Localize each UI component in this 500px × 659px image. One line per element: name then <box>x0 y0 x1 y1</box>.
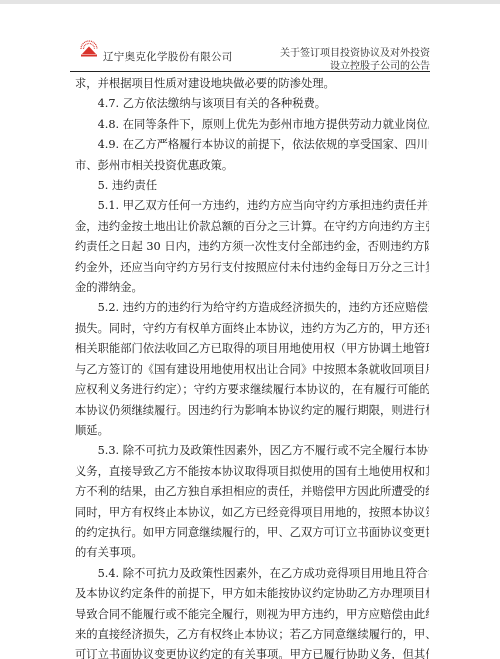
header-rule <box>70 71 430 72</box>
text-line: 本协议仍须继续履行。因违约行为影响本协议约定的履行期限，则进行相应调整、 <box>75 401 429 421</box>
text-line: 4.7. 乙方依法缴纳与该项目有关的各种税费。 <box>75 94 429 114</box>
text-line: 义务，直接导致乙方不能按本协议取得项目拟使用的国有土地使用权和其他对乙 <box>75 462 429 482</box>
text-line: 市、彭州市相关投资优惠政策。 <box>75 156 429 176</box>
text-line: 方不利的结果，由乙方独自承担相应的责任，并赔偿甲方因此所遭受的经济损失； <box>75 482 429 502</box>
page-top-edge <box>0 0 500 4</box>
text-line: 5.2. 违约方的违约行为给守约方造成经济损失的，违约方还应赔偿全部经济 <box>75 298 429 318</box>
paragraph-4-9: 4.9. 在乙方严格履行本协议的前提下，依法依规的享受国家、四川省、成都 市、彭… <box>75 135 429 176</box>
document-title-line-1: 关于签订项目投资协议及对外投资 <box>280 47 430 60</box>
text-line: 的约定执行。如甲方同意继续履行的，甲、乙双方可订立书面协议变更协议约定 <box>75 523 429 543</box>
text-line: 求，并根据项目性质对建设地块做必要的防渗处理。 <box>75 74 429 94</box>
document-body: 求，并根据项目性质对建设地块做必要的防渗处理。 4.7. 乙方依法缴纳与该项目有… <box>75 74 429 659</box>
text-line: 与乙方签订的《国有建设用地使用权出让合同》中按照本条就收回项目用地的相 <box>75 360 429 380</box>
text-line: 来的直接经济损失，乙方有权终止本协议；若乙方同意继续履行的，甲、乙双方 <box>75 625 429 645</box>
text-line: 5. 违约责任 <box>75 176 429 196</box>
paragraph-5-2: 5.2. 违约方的违约行为给守约方造成经济损失的，违约方还应赔偿全部经济 损失。… <box>75 298 429 441</box>
text-line: 5.3. 除不可抗力及政策性因素外，因乙方不履行或不完全履行本协议约定的 <box>75 441 429 461</box>
text-line: 损失。同时，守约方有权单方面终止本协议，违约方为乙方的，甲方还有权报请 <box>75 319 429 339</box>
section-heading-5: 5. 违约责任 <box>75 176 429 196</box>
paragraph-4-6-continuation: 求，并根据项目性质对建设地块做必要的防渗处理。 <box>75 74 429 94</box>
text-line: 5.1. 甲乙双方任何一方违约，违约方应当向守约方承担违约责任并支付违约 <box>75 196 429 216</box>
document-title: 关于签订项目投资协议及对外投资 设立控股子公司的公告 <box>280 47 430 73</box>
text-line: 4.8. 在同等条件下，原则上优先为彭州市地方提供劳动力就业岗位。 <box>75 115 429 135</box>
paragraph-5-3: 5.3. 除不可抗力及政策性因素外，因乙方不履行或不完全履行本协议约定的 义务，… <box>75 441 429 563</box>
company-name: 辽宁奥克化学股份有限公司 <box>103 49 233 64</box>
paragraph-4-8: 4.8. 在同等条件下，原则上优先为彭州市地方提供劳动力就业岗位。 <box>75 115 429 135</box>
text-line: 应权利义务进行约定）；守约方要求继续履行本协议的，在有履行可能的情况下， <box>75 380 429 400</box>
text-line: 金的滞纳金。 <box>75 278 429 298</box>
page-header: 辽宁奥克化学股份有限公司 关于签订项目投资协议及对外投资 设立控股子公司的公告 <box>70 30 430 71</box>
paragraph-5-4: 5.4. 除不可抗力及政策性因素外，在乙方成功竞得项目用地且符合法律法规 及本协… <box>75 564 429 659</box>
text-line: 的有关事项。 <box>75 543 429 563</box>
text-line: 约责任之日起 30 日内，违约方须一次性支付全部违约金，否则违约方除支付违 <box>75 237 429 257</box>
text-line: 及本协议约定条件的前提下，甲方如未能按协议约定协助乙方办理项目相关手续 <box>75 584 429 604</box>
text-line: 约金外，还应当向守约方另行支付按照应付未付违约金每日万分之三计算的违约 <box>75 258 429 278</box>
paragraph-5-1: 5.1. 甲乙双方任何一方违约，违约方应当向守约方承担违约责任并支付违约 金，违… <box>75 196 429 298</box>
text-line: 可订立书面协议变更协议约定的有关事项。甲方已履行协助义务，但其他因素致 <box>75 645 429 659</box>
company-logo-icon <box>78 36 100 58</box>
text-line: 相关职能部门依法收回乙方已取得的项目用地使用权（甲方协调土地管理部门在 <box>75 339 429 359</box>
paragraph-4-7: 4.7. 乙方依法缴纳与该项目有关的各种税费。 <box>75 94 429 114</box>
text-line: 顺延。 <box>75 421 429 441</box>
text-line: 导致合同不能履行或不能完全履行，则视为甲方违约，甲方应赔偿由此给乙方带 <box>75 605 429 625</box>
text-line: 同时，甲方有权终止本协议，如乙方已经竞得项目用地的，按照本协议第 5.2 条 <box>75 503 429 523</box>
text-line: 4.9. 在乙方严格履行本协议的前提下，依法依规的享受国家、四川省、成都 <box>75 135 429 155</box>
text-line: 5.4. 除不可抗力及政策性因素外，在乙方成功竞得项目用地且符合法律法规 <box>75 564 429 584</box>
text-line: 金，违约金按土地出让价款总额的百分之三计算。在守约方向违约方主张承担违 <box>75 217 429 237</box>
